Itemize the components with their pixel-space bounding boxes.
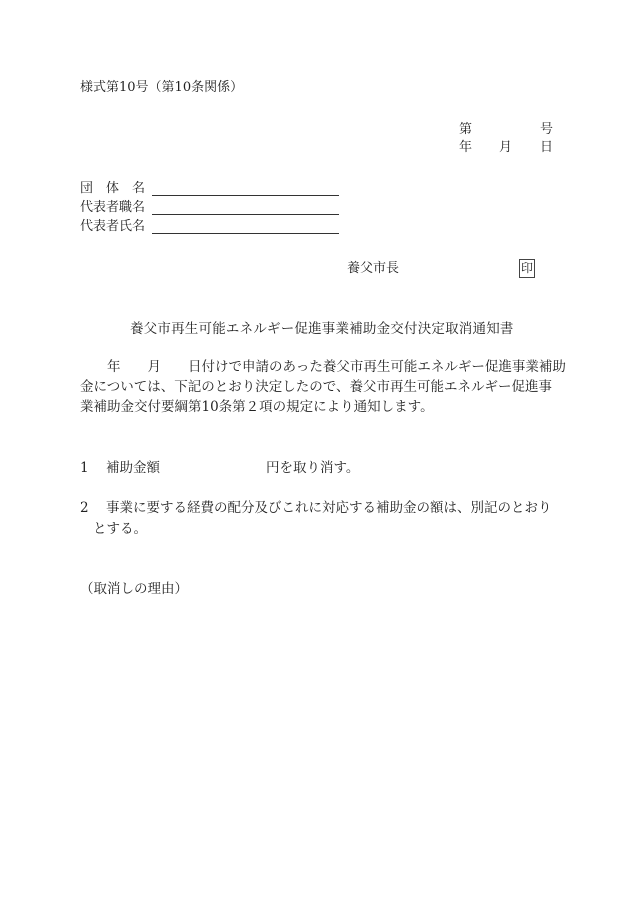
item-label: 補助金額 (106, 459, 160, 477)
doc-number-suffix: 号 (540, 121, 553, 139)
body-line: 金については、下記のとおり決定したので、養父市再生可能エネルギー促進事 (80, 377, 555, 397)
body-line: 業補助金交付要綱第10条第２項の規定により通知します。 (80, 397, 555, 417)
representative-title-field: 代表者職名 (80, 199, 152, 217)
doc-number-prefix: 第 (459, 121, 472, 139)
reason-heading: （取消しの理由） (80, 580, 188, 598)
seal-stamp-icon: 印 (519, 259, 535, 278)
issuer-name: 養父市長 (347, 260, 399, 278)
document-title: 養父市再生可能エネルギー促進事業補助金交付決定取消通知書 (130, 320, 514, 338)
field-label: 代表者氏名 (80, 218, 152, 236)
date-month: 月 (499, 139, 512, 157)
date-year: 年 (459, 139, 472, 157)
field-label: 団 体 名 (80, 180, 152, 198)
item-number: 1 (80, 459, 89, 477)
date-day: 日 (540, 139, 553, 157)
organization-name-line (152, 195, 339, 196)
item-tail: 円を取り消す。 (266, 459, 359, 477)
item-text-line2: とする。 (93, 519, 147, 540)
field-label: 代表者職名 (80, 199, 152, 217)
form-number: 様式第10号（第10条関係） (80, 79, 243, 97)
item-text-line1: 事業に要する経費の配分及びこれに対応する補助金の額は、別記のとおり (106, 498, 552, 519)
representative-name-line (152, 233, 339, 234)
representative-title-line (152, 214, 339, 215)
body-paragraph: 年 月 日付けで申請のあった養父市再生可能エネルギー促進事業補助 金については、… (80, 357, 555, 417)
organization-name-field: 団 体 名 (80, 180, 152, 198)
body-line: 年 月 日付けで申請のあった養父市再生可能エネルギー促進事業補助 (80, 357, 555, 377)
item-number: 2 (80, 498, 89, 519)
representative-name-field: 代表者氏名 (80, 218, 152, 236)
